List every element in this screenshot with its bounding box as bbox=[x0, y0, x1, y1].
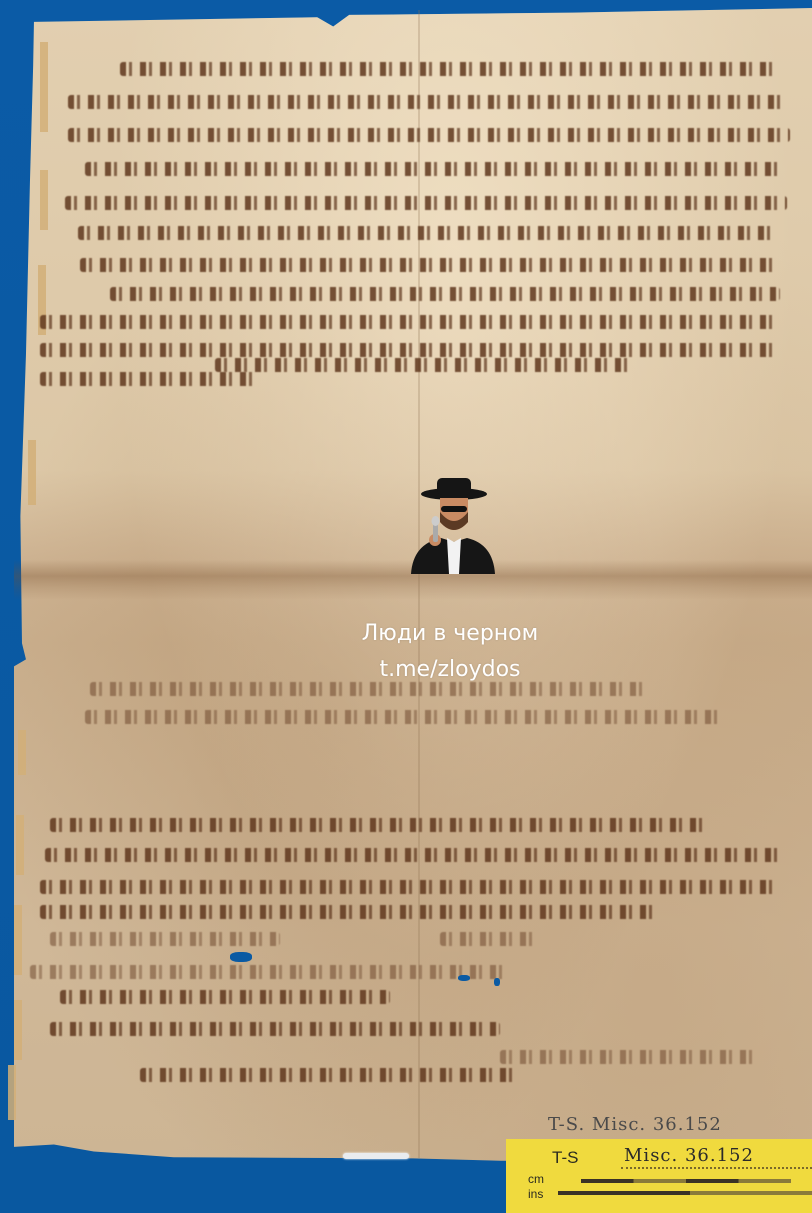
paper-hole bbox=[494, 978, 500, 986]
mounting-hinge bbox=[40, 42, 48, 132]
label-number: Misc. 36.152 bbox=[624, 1145, 754, 1166]
ink-line bbox=[50, 818, 710, 832]
ink-line bbox=[110, 287, 780, 301]
ink-line bbox=[68, 95, 788, 109]
ink-line bbox=[40, 372, 260, 386]
ink-line bbox=[40, 315, 780, 329]
ink-line bbox=[140, 1068, 520, 1082]
ink-line bbox=[45, 848, 785, 862]
ink-line bbox=[50, 1022, 500, 1036]
ink-line bbox=[85, 162, 785, 176]
scale-unit-ins: ins bbox=[528, 1187, 543, 1201]
mounting-hinge bbox=[14, 905, 22, 975]
ink-line bbox=[40, 905, 660, 919]
vertical-fold-line bbox=[418, 10, 420, 1158]
ink-line bbox=[30, 965, 510, 979]
channel-link[interactable]: t.me/zloydos bbox=[0, 657, 812, 682]
ink-line bbox=[40, 880, 780, 894]
mounting-hinge bbox=[28, 440, 36, 505]
ink-line bbox=[85, 710, 725, 724]
channel-name: Люди в черном bbox=[0, 621, 812, 646]
label-dotted-line bbox=[621, 1167, 812, 1169]
label-collection: T-S bbox=[552, 1148, 578, 1168]
ink-line bbox=[440, 932, 540, 946]
handwritten-shelfmark: T-S. Misc. 36.152 bbox=[548, 1114, 722, 1135]
ink-line bbox=[120, 62, 780, 76]
inch-scale-bar bbox=[558, 1191, 812, 1195]
mounting-hinge bbox=[14, 1000, 22, 1060]
shelfmark-label: T-S Misc. 36.152 cm ins bbox=[506, 1139, 812, 1213]
mounting-hinge bbox=[18, 730, 26, 775]
ink-line bbox=[40, 343, 780, 357]
ink-line bbox=[80, 258, 780, 272]
ink-line bbox=[68, 128, 790, 142]
scale-unit-cm: cm bbox=[528, 1172, 544, 1186]
mounting-hinge bbox=[40, 170, 48, 230]
ink-line bbox=[60, 990, 390, 1004]
cm-scale-bar bbox=[581, 1179, 791, 1183]
ink-line bbox=[90, 682, 650, 696]
ink-line bbox=[215, 358, 635, 372]
mounting-hinge bbox=[16, 815, 24, 875]
ink-line bbox=[50, 932, 280, 946]
ink-line bbox=[65, 196, 787, 210]
mounting-hinge bbox=[8, 1065, 16, 1120]
ink-line bbox=[78, 226, 778, 240]
paper-hole bbox=[458, 975, 470, 981]
paper-hole bbox=[230, 952, 252, 962]
mounting-tag bbox=[343, 1153, 409, 1159]
ink-line bbox=[500, 1050, 760, 1064]
mascot-icon bbox=[405, 476, 497, 574]
